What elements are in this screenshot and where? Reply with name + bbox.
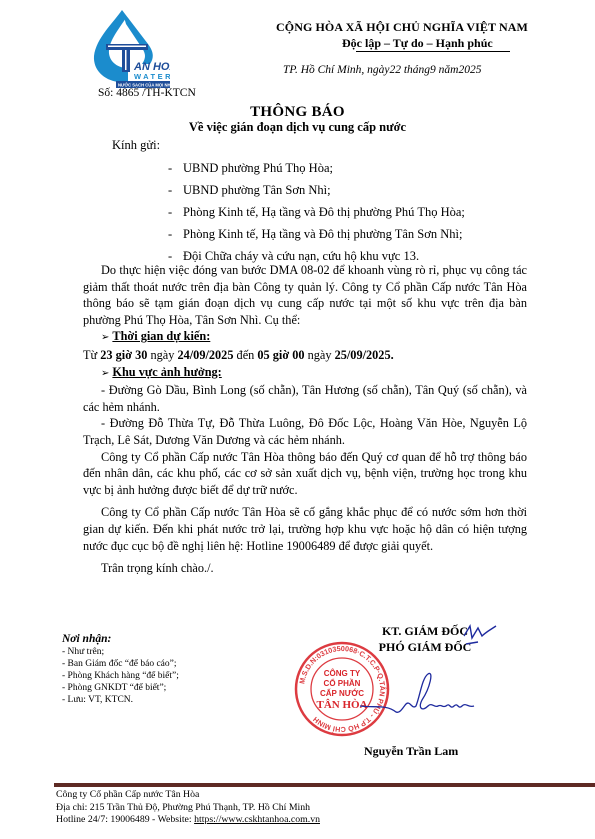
closing-line: Trân trọng kính chào./. bbox=[83, 560, 527, 577]
time-range: Từ 23 giờ 30 ngày 24/09/2025 đến 05 giờ … bbox=[83, 347, 527, 364]
greeting: Kính gửi: bbox=[112, 138, 160, 153]
recipient-item: -UBND phường Phú Thọ Hòa; bbox=[168, 160, 465, 182]
arrow-bullet-icon: ➢ bbox=[101, 332, 109, 343]
intro-paragraph: Do thực hiện việc đóng van bước DMA 08-0… bbox=[83, 262, 527, 328]
document-body: Do thực hiện việc đóng van bước DMA 08-0… bbox=[83, 262, 527, 577]
national-heading-line1: CỘNG HÒA XÃ HỘI CHỦ NGHĨA VIỆT NAM bbox=[276, 20, 556, 35]
document-subtitle: Về việc gián đoạn dịch vụ cung cấp nước bbox=[0, 120, 595, 135]
distribution-item: - Lưu: VT, KTCN. bbox=[62, 694, 179, 706]
document-page: AN HOA WATER NƯỚC SẠCH CỦA MỌI NHÀ Số: 4… bbox=[0, 0, 595, 839]
distribution-title: Nơi nhận: bbox=[62, 633, 179, 645]
svg-text:CỔ PHẦN: CỔ PHẦN bbox=[324, 678, 361, 688]
area-item: - Đường Đỗ Thừa Tự, Đỗ Thừa Luông, Đô Đố… bbox=[83, 415, 527, 448]
handwritten-signature-icon bbox=[360, 670, 500, 725]
motto-underline bbox=[356, 51, 510, 52]
national-motto: Độc lập – Tự do – Hạnh phúc bbox=[342, 36, 493, 51]
recipient-item: -UBND phường Tân Sơn Nhì; bbox=[168, 182, 465, 204]
arrow-bullet-icon: ➢ bbox=[101, 368, 109, 379]
recipient-list: -UBND phường Phú Thọ Hòa; -UBND phường T… bbox=[168, 160, 465, 270]
distribution-list: Nơi nhận: - Như trên; - Ban Giám đốc “để… bbox=[62, 633, 179, 706]
recipient-item: -Phòng Kinh tế, Hạ tầng và Đô thị phường… bbox=[168, 226, 465, 248]
footer-company: Công ty Cổ phần Cấp nước Tân Hòa bbox=[56, 789, 320, 802]
document-title: THÔNG BÁO bbox=[0, 104, 595, 121]
footer-contact: Hotline 24/7: 19006489 - Website: https:… bbox=[56, 814, 320, 827]
footer: Công ty Cổ phần Cấp nước Tân Hòa Địa chỉ… bbox=[56, 789, 320, 827]
signer-name: Nguyễn Trần Lam bbox=[364, 744, 458, 759]
initials-mark-icon bbox=[460, 620, 500, 648]
distribution-item: - Phòng Khách hàng “để biết”; bbox=[62, 670, 179, 682]
notice-paragraph: Công ty Cổ phần Cấp nước Tân Hòa thông b… bbox=[83, 449, 527, 499]
svg-text:WATER: WATER bbox=[134, 72, 170, 81]
website-link[interactable]: https://www.cskhtanhoa.com.vn bbox=[194, 814, 320, 825]
footer-divider bbox=[54, 783, 595, 787]
time-heading: ➢Thời gian dự kiến: bbox=[83, 328, 527, 347]
national-heading: CỘNG HÒA XÃ HỘI CHỦ NGHĨA VIỆT NAM Độc l… bbox=[276, 20, 556, 35]
date-line: TP. Hồ Chí Minh, ngày22 tháng9 năm2025 bbox=[283, 64, 482, 76]
area-item: - Đường Gò Dầu, Bình Long (số chẵn), Tân… bbox=[83, 382, 527, 415]
distribution-item: - Phòng GNKDT “để biết”; bbox=[62, 682, 179, 694]
svg-text:CẤP NƯỚC: CẤP NƯỚC bbox=[320, 688, 364, 698]
area-heading: ➢Khu vực ảnh hưởng: bbox=[83, 364, 527, 383]
tan-hoa-water-logo-icon: AN HOA WATER NƯỚC SẠCH CỦA MỌI NHÀ bbox=[88, 8, 170, 88]
document-number: Số: 4865 /TH-KTCN bbox=[98, 87, 196, 99]
distribution-item: - Ban Giám đốc “để báo cáo”; bbox=[62, 658, 179, 670]
footer-address: Địa chỉ: 215 Trần Thủ Độ, Phường Phú Thạ… bbox=[56, 802, 320, 815]
distribution-item: - Như trên; bbox=[62, 646, 179, 658]
recipient-item: -Phòng Kinh tế, Hạ tầng và Đô thị phường… bbox=[168, 204, 465, 226]
apology-paragraph: Công ty Cổ phần Cấp nước Tân Hòa sẽ cố g… bbox=[83, 504, 527, 554]
svg-text:CÔNG TY: CÔNG TY bbox=[324, 669, 361, 678]
